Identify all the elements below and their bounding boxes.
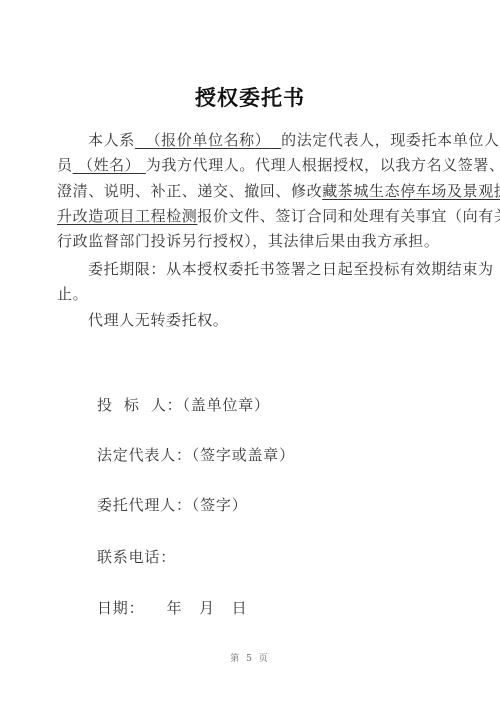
no-sub-delegation-paragraph: 代理人无转委托权。 <box>57 308 449 333</box>
project-name: 升改造项目工程检测 <box>57 207 197 225</box>
paragraph-line: 行政监督部门投诉另行授权），其法律后果由我方承担。 <box>57 229 449 254</box>
legal-rep-signature-line: 法定代表人：（签字或盖章） <box>97 444 295 465</box>
page-number: 第 5 页 <box>0 651 500 664</box>
text-segment: 澄清、说明、补正、递交、撤回、修改 <box>57 182 322 200</box>
phone-line: 联系电话： <box>97 546 176 567</box>
paragraph-line: 澄清、说明、补正、递交、撤回、修改藏茶城生态停车场及景观提 <box>57 179 449 204</box>
authorization-paragraph: 本人系 （报价单位名称） 的法定代表人，现委托本单位人 员 （姓名） 为我方代理… <box>57 128 449 254</box>
text-segment: 为我方代理人。代理人根据授权，以我方名义签署、 <box>146 156 500 174</box>
paragraph-line: 代理人无转委托权。 <box>57 308 449 333</box>
text-segment: 员 <box>57 156 73 174</box>
document-title: 授权委托书 <box>0 82 500 112</box>
field-placeholder: （报价单位名称） <box>146 131 271 149</box>
paragraph-line: 升改造项目工程检测报价文件、签订合同和处理有关事宜（向有关 <box>57 204 449 229</box>
project-name: 藏茶城生态停车场及景观提 <box>322 182 500 200</box>
bidder-signature-line: 投 标 人：（盖单位章） <box>97 394 270 415</box>
date-line: 日期： 年 月 日 <box>97 597 247 618</box>
agent-signature-line: 委托代理人：（签字） <box>97 494 248 515</box>
field-placeholder: （姓名） <box>78 156 140 174</box>
agent-name-field: （姓名） <box>73 156 146 174</box>
paragraph-line: 员 （姓名） 为我方代理人。代理人根据授权，以我方名义签署、 <box>57 153 449 178</box>
text-segment: 报价文件、签订合同和处理有关事宜（向有关 <box>197 207 500 225</box>
bidder-name-field: （报价单位名称） <box>135 131 281 149</box>
paragraph-line: 止。 <box>57 282 449 307</box>
paragraph-line: 委托期限：从本授权委托书签署之日起至投标有效期结束为 <box>57 257 449 282</box>
text-segment: 本人系 <box>88 131 135 149</box>
term-paragraph: 委托期限：从本授权委托书签署之日起至投标有效期结束为 止。 <box>57 257 449 308</box>
paragraph-line: 本人系 （报价单位名称） 的法定代表人，现委托本单位人 <box>57 128 449 153</box>
text-segment: 的法定代表人，现委托本单位人 <box>281 131 499 149</box>
